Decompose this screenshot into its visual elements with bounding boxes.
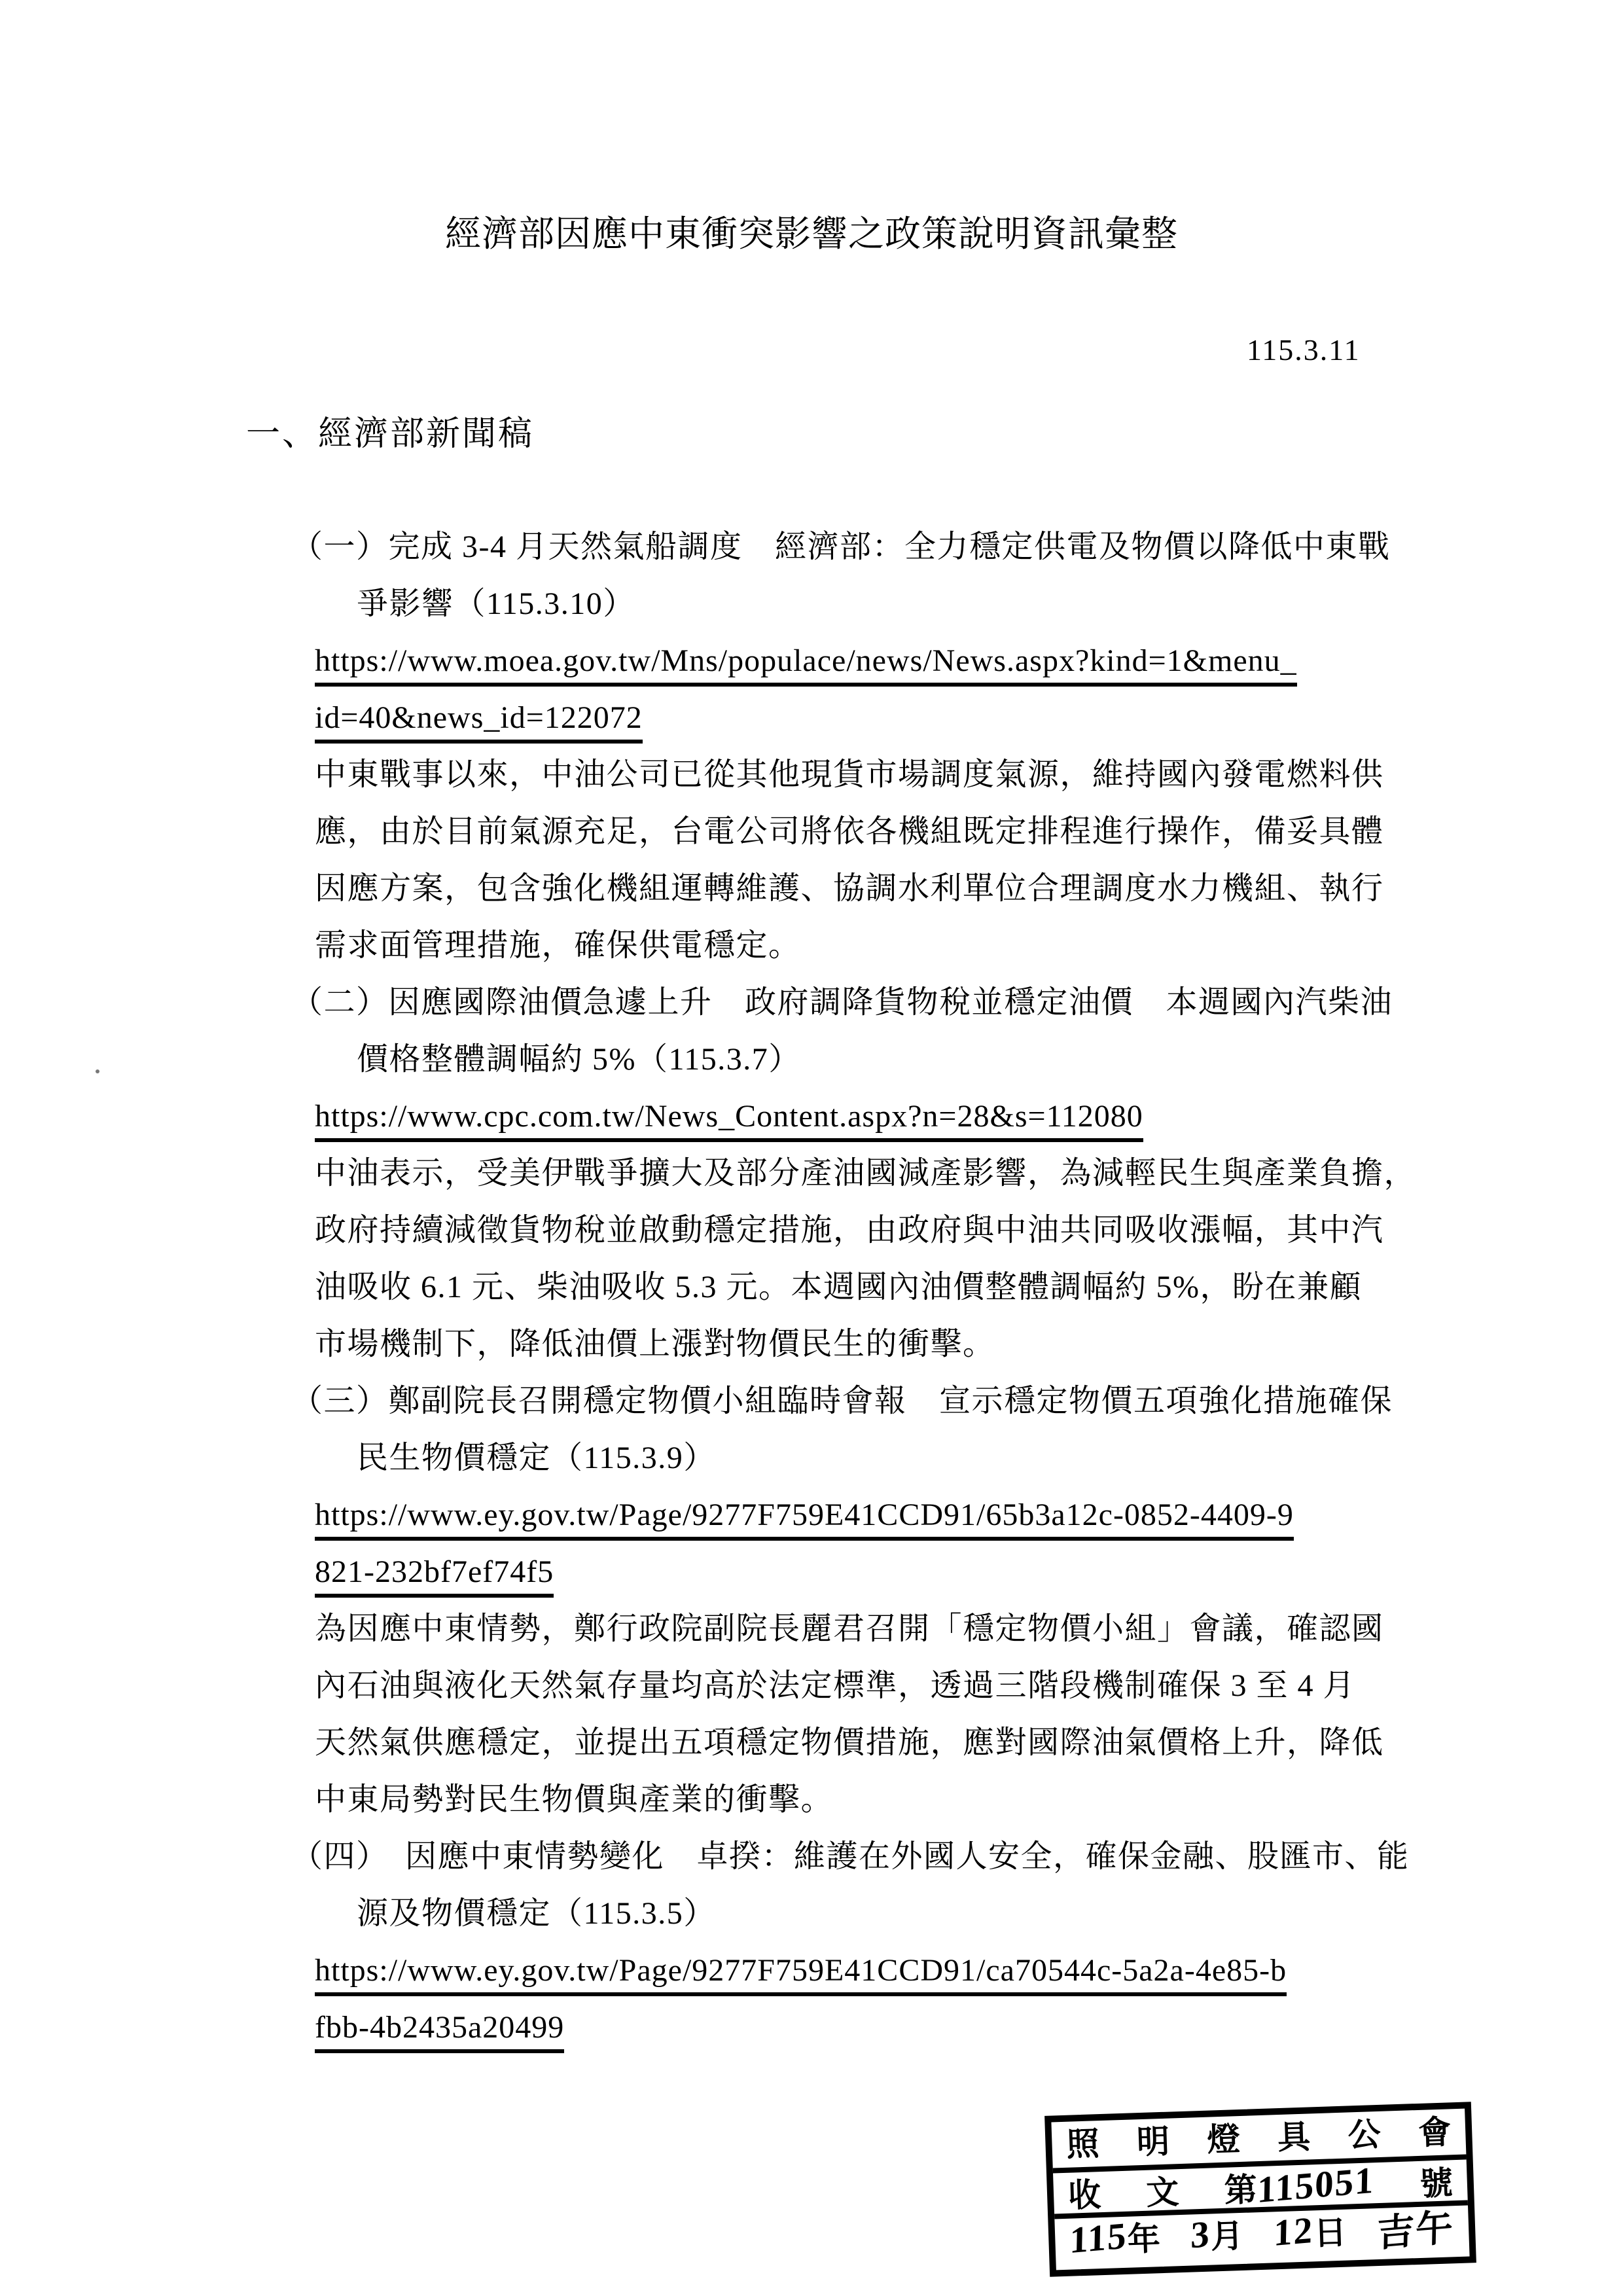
item-3-body-line-4: 中東局勢對民生物價與產業的衝擊。 bbox=[315, 1771, 1623, 1828]
item-3-url-row-1: https://www.ey.gov.tw/Page/9277F759E41CC… bbox=[315, 1486, 1623, 1543]
item-4-url-row-2: fbb-4b2435a20499 bbox=[315, 1999, 1623, 2056]
stamp-month-group: 3 月 bbox=[1190, 2210, 1244, 2259]
stamp-day-handwritten: 12 bbox=[1274, 2208, 1314, 2255]
item-1-url-line-1: https://www.moea.gov.tw/Mns/populace/new… bbox=[315, 643, 1297, 687]
receipt-stamp: 照明燈具公會 收 文 第 115051 號 115 年 3 月 12 日 吉午 bbox=[1044, 2102, 1476, 2276]
item-4-url-line-2: fbb-4b2435a20499 bbox=[315, 2009, 564, 2053]
document-date: 115.3.11 bbox=[1247, 331, 1361, 370]
item-3-url-line-2: 821-232bf7ef74f5 bbox=[315, 1554, 554, 1598]
stamp-year-group: 115 年 bbox=[1069, 2212, 1161, 2263]
item-4-url-line-1: https://www.ey.gov.tw/Page/9277F759E41CC… bbox=[315, 1952, 1287, 1996]
stamp-month-handwritten: 3 bbox=[1190, 2212, 1211, 2257]
item-3-body-line-2: 內石油與液化天然氣存量均高於法定標準，透過三階段機制確保 3 至 4 月 bbox=[315, 1657, 1623, 1714]
item-3-body-line-3: 天然氣供應穩定，並提出五項穩定物價措施，應對國際油氣價格上升，降低 bbox=[315, 1714, 1623, 1771]
item-3-url-row-2: 821-232bf7ef74f5 bbox=[315, 1543, 1623, 1600]
stamp-number-handwritten: 115051 bbox=[1257, 2159, 1374, 2212]
document-body: （一）完成 3-4 月天然氣船調度 經濟部：全力穩定供電及物價以降低中東戰 爭影… bbox=[0, 518, 1623, 2056]
item-1-body-line-1: 中東戰事以來，中油公司已從其他現貨市場調度氣源，維持國內發電燃料供 bbox=[315, 746, 1623, 803]
stamp-number-group: 第 115051 bbox=[1223, 2159, 1375, 2212]
item-1-url-row-1: https://www.moea.gov.tw/Mns/populace/new… bbox=[315, 632, 1623, 689]
item-2-title-line-1: （二）因應國際油價急遽上升 政府調降貨物稅並穩定油價 本週國內汽柴油 bbox=[291, 974, 1623, 1031]
item-2-body-line-2: 政府持續減徵貨物稅並啟動穩定措施，由政府與中油共同吸收漲幅，其中汽 bbox=[315, 1202, 1623, 1259]
item-4-title-line-1: （四） 因應中東情勢變化 卓揆：維護在外國人安全，確保金融、股匯市、能 bbox=[291, 1828, 1623, 1885]
item-1-url-line-2: id=40&news_id=122072 bbox=[315, 700, 643, 744]
section-heading: 一、經濟部新聞稿 bbox=[246, 414, 534, 456]
scanned-document-page: 經濟部因應中東衝突影響之政策說明資訊彙整 115.3.11 一、經濟部新聞稿 （… bbox=[0, 0, 1623, 2296]
item-1-body-line-4: 需求面管理措施，確保供電穩定。 bbox=[315, 917, 1623, 974]
item-1-title-line-1: （一）完成 3-4 月天然氣船調度 經濟部：全力穩定供電及物價以降低中東戰 bbox=[291, 518, 1623, 575]
item-3-body-line-1: 為因應中東情勢，鄭行政院副院長麗君召開「穩定物價小組」會議，確認國 bbox=[315, 1600, 1623, 1657]
item-1-title-line-2: 爭影響（115.3.10） bbox=[357, 575, 1623, 632]
stamp-receive-char-1: 收 bbox=[1067, 2168, 1101, 2217]
document-title: 經濟部因應中東衝突影響之政策說明資訊彙整 bbox=[0, 213, 1623, 255]
item-1-url-row-2: id=40&news_id=122072 bbox=[315, 689, 1623, 746]
item-2-body-line-3: 油吸收 6.1 元、柴油吸收 5.3 元。本週國內油價整體調幅約 5%，盼在兼顧 bbox=[315, 1259, 1623, 1316]
stamp-day-label: 日 bbox=[1313, 2206, 1347, 2255]
stamp-month-label: 月 bbox=[1210, 2210, 1244, 2258]
item-2-title-line-2: 價格整體調幅約 5%（115.3.7） bbox=[357, 1031, 1623, 1088]
stamp-number-prefix: 第 bbox=[1223, 2163, 1257, 2212]
item-2-body-line-4: 市場機制下，降低油價上漲對物價民生的衝擊。 bbox=[315, 1316, 1623, 1372]
stamp-time-note-handwritten: 吉午 bbox=[1376, 2197, 1454, 2258]
stamp-year-handwritten: 115 bbox=[1069, 2214, 1128, 2262]
item-3-url-line-1: https://www.ey.gov.tw/Page/9277F759E41CC… bbox=[315, 1497, 1294, 1541]
stamp-receive-char-2: 文 bbox=[1145, 2166, 1179, 2214]
item-1-body-line-3: 因應方案，包含強化機組運轉維護、協調水利單位合理調度水力機組、執行 bbox=[315, 860, 1623, 917]
scan-speck bbox=[96, 1069, 99, 1073]
item-3-title-line-1: （三）鄭副院長召開穩定物價小組臨時會報 宣示穩定物價五項強化措施確保 bbox=[291, 1372, 1623, 1429]
item-2-url-row-1: https://www.cpc.com.tw/News_Content.aspx… bbox=[315, 1088, 1623, 1145]
item-2-body-line-1: 中油表示，受美伊戰爭擴大及部分產油國減產影響，為減輕民生與產業負擔， bbox=[315, 1145, 1623, 1202]
item-3-title-line-2: 民生物價穩定（115.3.9） bbox=[357, 1429, 1623, 1486]
item-4-url-row-1: https://www.ey.gov.tw/Page/9277F759E41CC… bbox=[315, 1942, 1623, 1999]
item-2-url-line-1: https://www.cpc.com.tw/News_Content.aspx… bbox=[315, 1098, 1143, 1142]
stamp-day-group: 12 日 bbox=[1273, 2206, 1347, 2256]
stamp-year-label: 年 bbox=[1126, 2212, 1160, 2261]
item-1-body-line-2: 應，由於目前氣源充足，台電公司將依各機組既定排程進行操作，備妥具體 bbox=[315, 803, 1623, 860]
item-4-title-line-2: 源及物價穩定（115.3.5） bbox=[357, 1885, 1623, 1942]
